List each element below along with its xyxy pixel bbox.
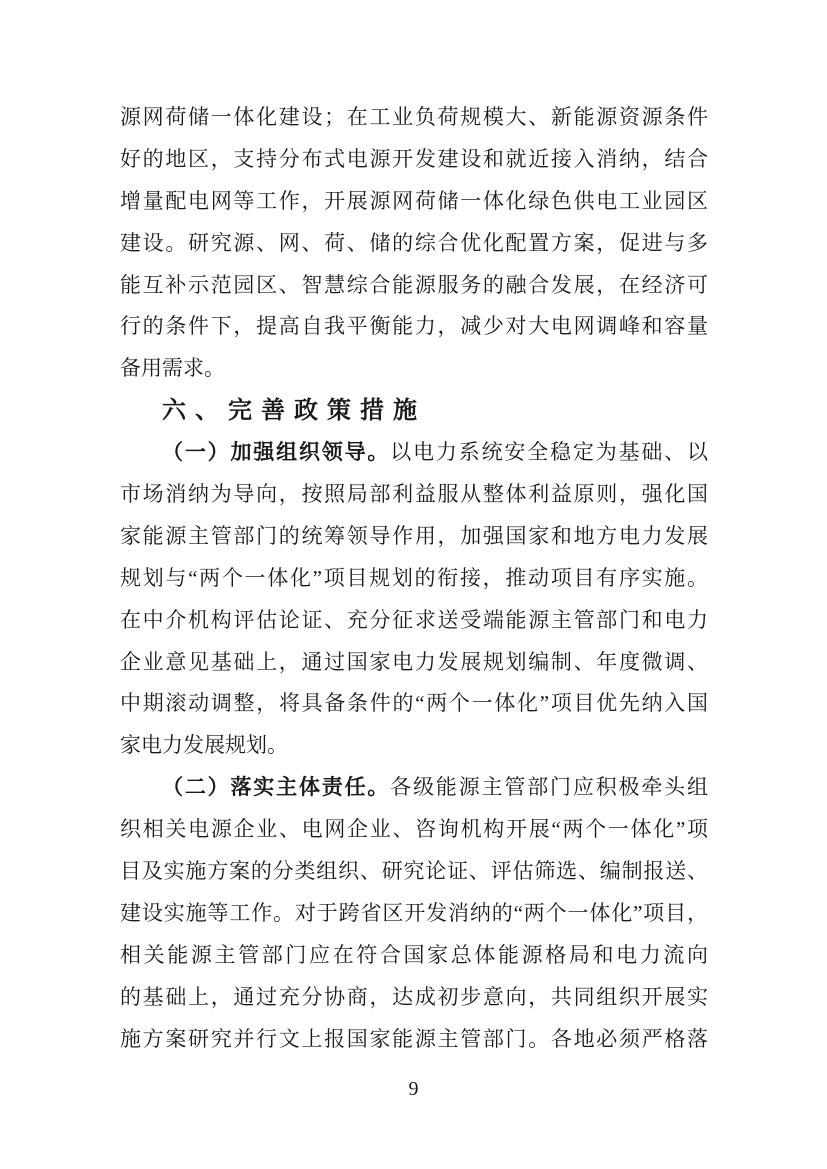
document-page: { "page": { "number": "9" }, "colors": {… bbox=[0, 0, 827, 1169]
text-line: 织相关电源企业、电网企业、咨询机构开展“两个一体化”项 bbox=[120, 809, 708, 851]
text-line: 建设实施等工作。对于跨省区开发消纳的“两个一体化”项目， bbox=[120, 893, 708, 935]
text-line: 的基础上，通过充分协商，达成初步意向，共同组织开展实 bbox=[120, 977, 708, 1019]
text-line: 企业意见基础上，通过国家电力发展规划编制、年度微调、 bbox=[120, 642, 708, 684]
text-line: （一）加强组织领导。以电力系统安全稳定为基础、以 bbox=[120, 432, 708, 474]
text-line: 增量配电网等工作，开展源网荷储一体化绿色供电工业园区 bbox=[120, 181, 708, 223]
text-line: 行的条件下，提高自我平衡能力，减少对大电网调峰和容量 bbox=[120, 306, 708, 348]
text-line: 相关能源主管部门应在符合国家总体能源格局和电力流向 bbox=[120, 935, 708, 977]
paragraph-lead: （一）加强组织领导。 bbox=[162, 440, 390, 464]
text-line: 家能源主管部门的统筹领导作用，加强国家和地方电力发展 bbox=[120, 516, 708, 558]
page-number: 9 bbox=[0, 1078, 827, 1101]
text-line: 能互补示范园区、智慧综合能源服务的融合发展，在经济可 bbox=[120, 265, 708, 307]
text-line: 规划与“两个一体化”项目规划的衔接，推动项目有序实施。 bbox=[120, 558, 708, 600]
text-line: 备用需求。 bbox=[120, 348, 708, 390]
text-line: 市场消纳为导向，按照局部利益服从整体利益原则，强化国 bbox=[120, 474, 708, 516]
text-line: 目及实施方案的分类组织、研究论证、评估筛选、编制报送、 bbox=[120, 851, 708, 893]
text-line: 建设。研究源、网、荷、储的综合优化配置方案，促进与多 bbox=[120, 223, 708, 265]
section-heading: 六、完善政策措施 bbox=[120, 390, 708, 432]
text-line: 施方案研究并行文上报国家能源主管部门。各地必须严格落 bbox=[120, 1019, 708, 1061]
text-line: 中期滚动调整，将具备条件的“两个一体化”项目优先纳入国 bbox=[120, 683, 708, 725]
document-body: 源网荷储一体化建设；在工业负荷规模大、新能源资源条件好的地区，支持分布式电源开发… bbox=[120, 97, 708, 1060]
text-line: 家电力发展规划。 bbox=[120, 725, 708, 767]
text-line: （二）落实主体责任。各级能源主管部门应积极牵头组 bbox=[120, 767, 708, 809]
text-line: 好的地区，支持分布式电源开发建设和就近接入消纳，结合 bbox=[120, 139, 708, 181]
paragraph-lead: （二）落实主体责任。 bbox=[162, 775, 390, 799]
text-line: 源网荷储一体化建设；在工业负荷规模大、新能源资源条件 bbox=[120, 97, 708, 139]
text-line: 在中介机构评估论证、充分征求送受端能源主管部门和电力 bbox=[120, 600, 708, 642]
